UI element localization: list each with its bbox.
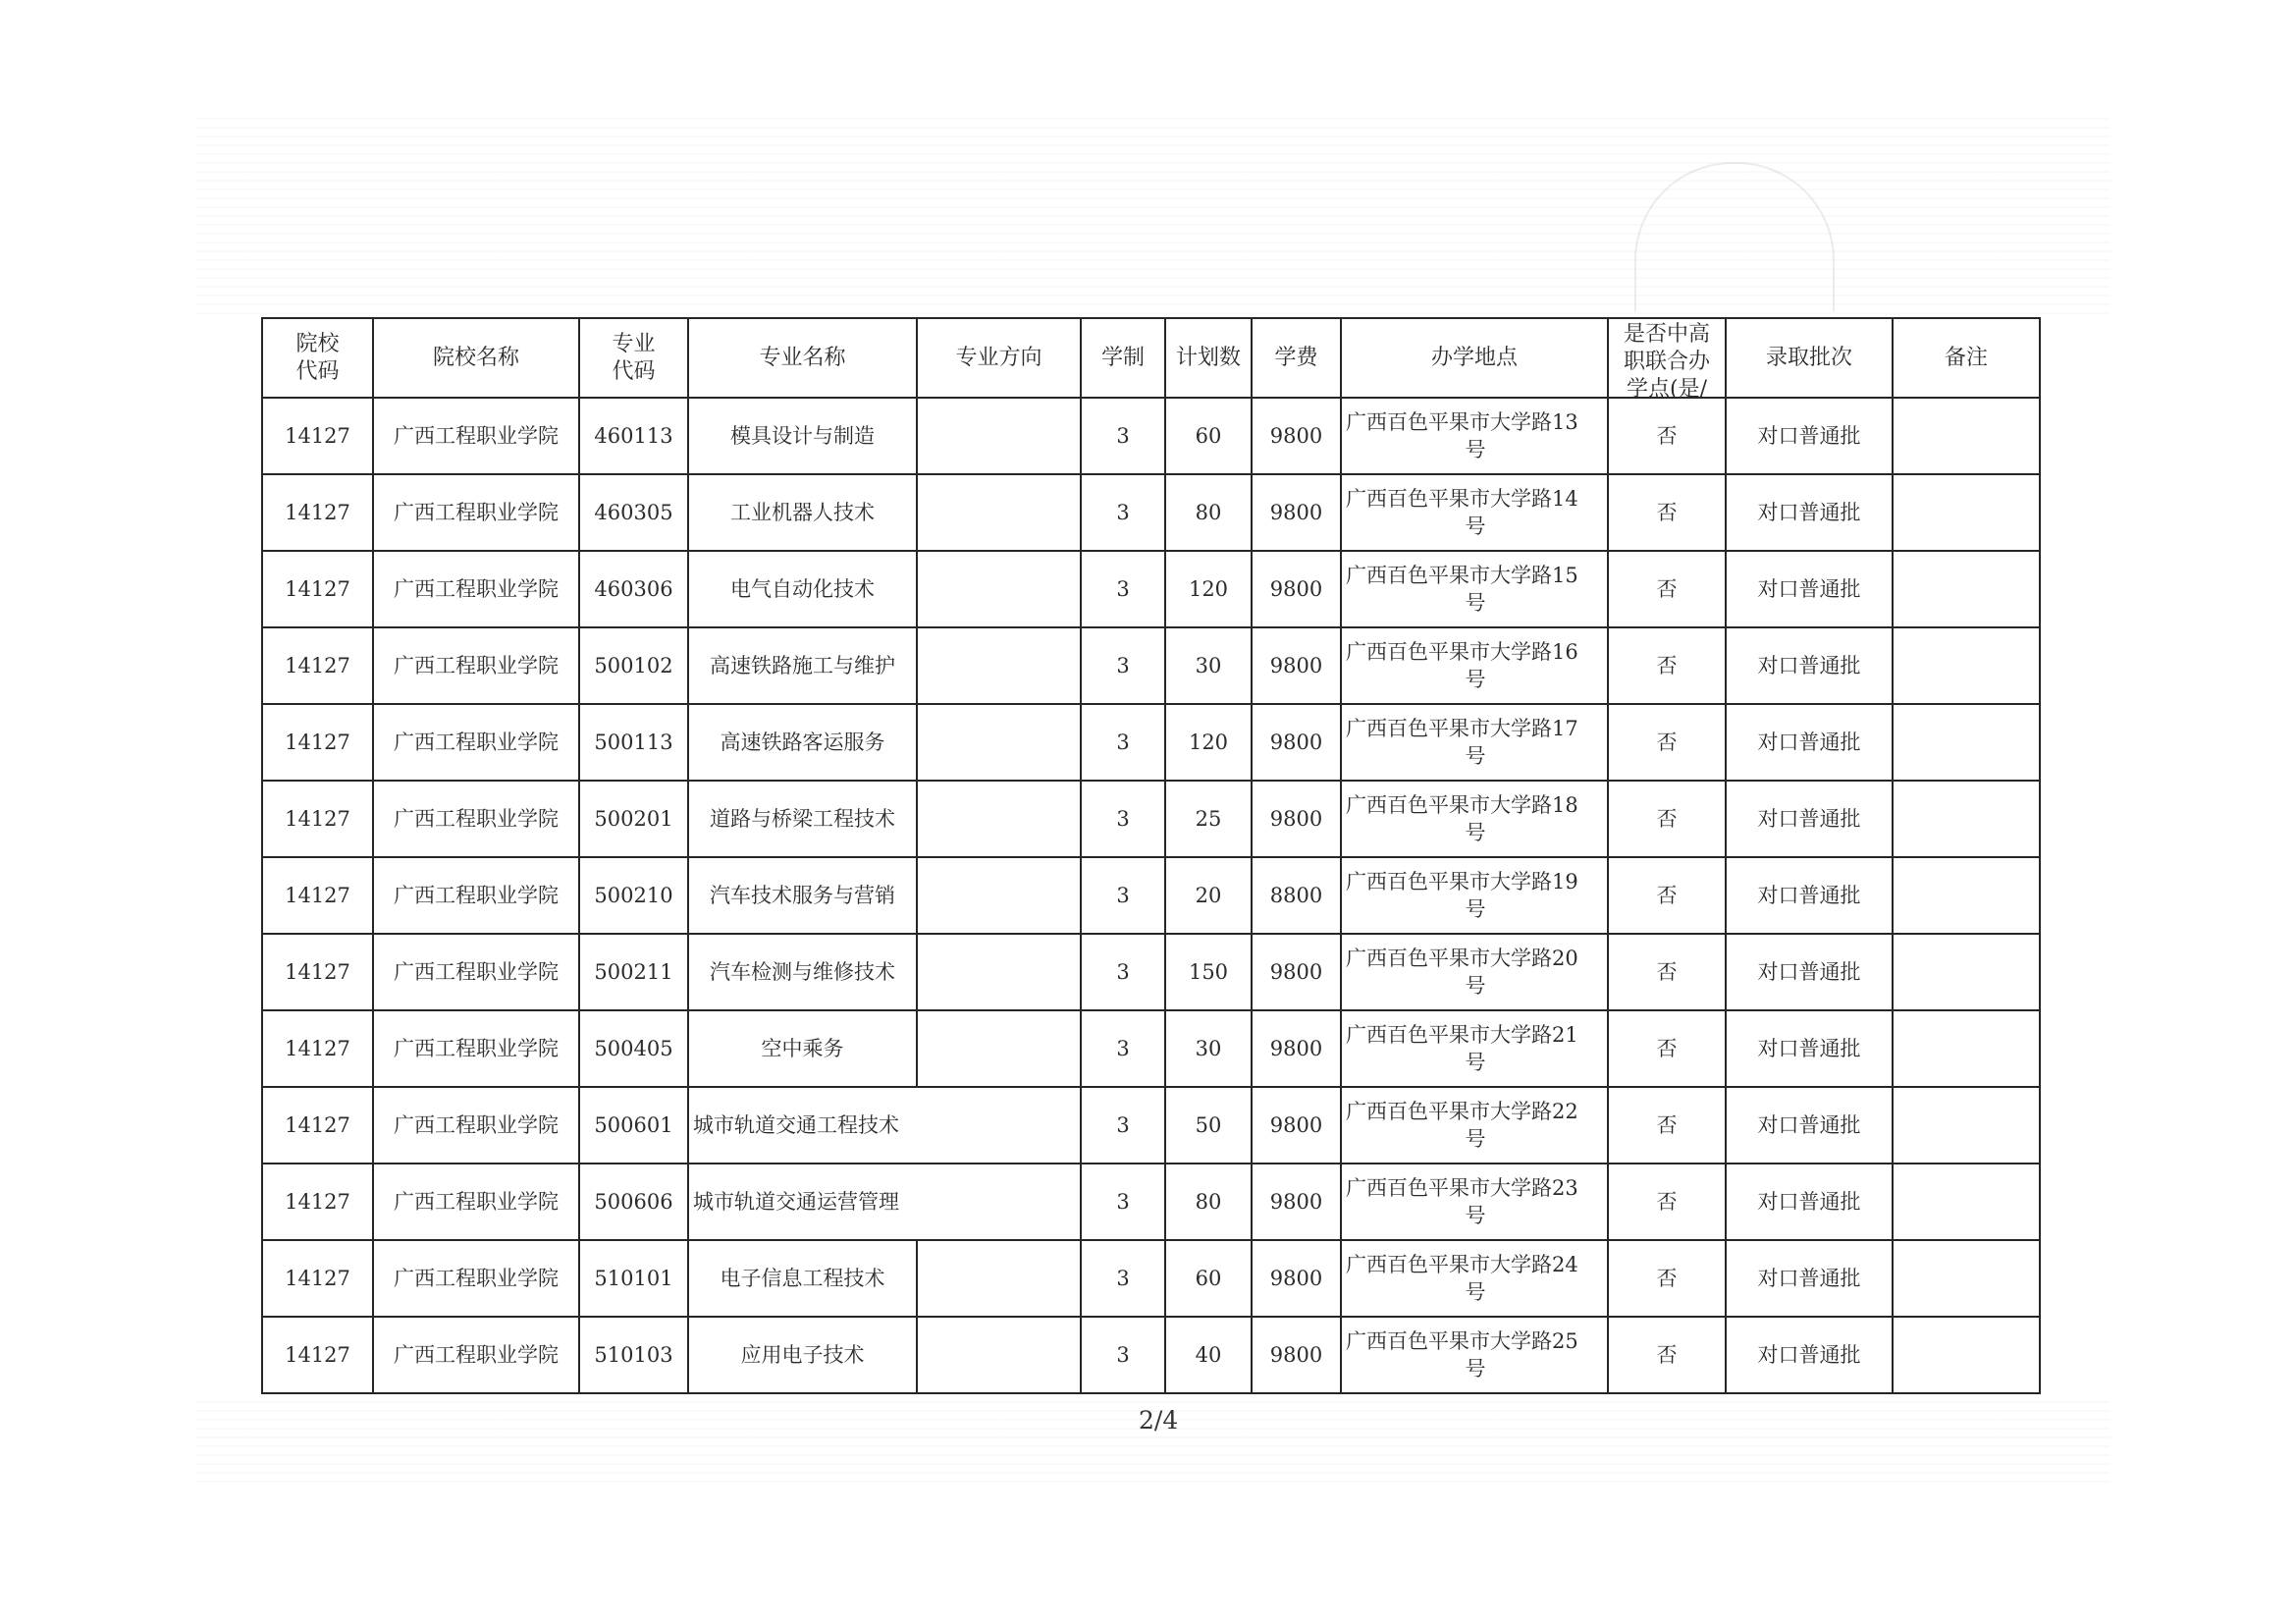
duration-cell: 3 bbox=[1081, 1087, 1165, 1164]
location-line-1: 广西百色平果市大学路17 bbox=[1346, 717, 1578, 740]
school-code-cell: 14127 bbox=[262, 934, 373, 1010]
school-code-cell: 14127 bbox=[262, 1317, 373, 1393]
header-duration: 学制 bbox=[1081, 318, 1165, 398]
major-name-cell: 工业机器人技术 bbox=[688, 474, 917, 551]
remarks-cell bbox=[1893, 627, 2040, 704]
location-line-1: 广西百色平果市大学路22 bbox=[1346, 1100, 1578, 1123]
location-line-2: 号 bbox=[1346, 972, 1605, 1000]
tuition-cell: 9800 bbox=[1252, 551, 1341, 627]
school-name-cell: 广西工程职业学院 bbox=[373, 857, 579, 934]
joint-program-cell: 否 bbox=[1608, 627, 1726, 704]
plan-count-cell: 50 bbox=[1165, 1087, 1252, 1164]
major-direction-cell bbox=[917, 474, 1081, 551]
location-line-2: 号 bbox=[1346, 589, 1605, 617]
tuition-cell: 9800 bbox=[1252, 474, 1341, 551]
location-line-2: 号 bbox=[1346, 1202, 1605, 1229]
admission-batch-cell: 对口普通批 bbox=[1726, 1010, 1893, 1087]
major-direction-cell bbox=[917, 1317, 1081, 1393]
location-line-1: 广西百色平果市大学路18 bbox=[1346, 793, 1578, 817]
location-cell: 广西百色平果市大学路16号 bbox=[1341, 627, 1608, 704]
joint-program-cell: 否 bbox=[1608, 398, 1726, 474]
remarks-cell bbox=[1893, 704, 2040, 781]
major-name-cell: 汽车检测与维修技术 bbox=[688, 934, 917, 1010]
tuition-cell: 9800 bbox=[1252, 627, 1341, 704]
header-location: 办学地点 bbox=[1341, 318, 1608, 398]
location-cell: 广西百色平果市大学路18号 bbox=[1341, 781, 1608, 857]
tuition-cell: 9800 bbox=[1252, 398, 1341, 474]
enrollment-plan-table: 院校代码 院校名称 专业代码 专业名称 专业方向 学制 计划数 学费 办学地点 … bbox=[261, 317, 2041, 1394]
major-code-cell: 500606 bbox=[579, 1164, 688, 1240]
school-code-cell: 14127 bbox=[262, 1087, 373, 1164]
table-row: 14127广西工程职业学院500102高速铁路施工与维护3309800广西百色平… bbox=[262, 627, 2040, 704]
admission-batch-cell: 对口普通批 bbox=[1726, 1164, 1893, 1240]
table-row: 14127广西工程职业学院460305工业机器人技术3809800广西百色平果市… bbox=[262, 474, 2040, 551]
location-cell: 广西百色平果市大学路13号 bbox=[1341, 398, 1608, 474]
remarks-cell bbox=[1893, 1010, 2040, 1087]
header-tuition: 学费 bbox=[1252, 318, 1341, 398]
table-row: 14127广西工程职业学院500606城市轨道交通运营管理3809800广西百色… bbox=[262, 1164, 2040, 1240]
school-code-cell: 14127 bbox=[262, 704, 373, 781]
header-major-name: 专业名称 bbox=[688, 318, 917, 398]
location-line-1: 广西百色平果市大学路13 bbox=[1346, 410, 1578, 434]
major-code-cell: 460113 bbox=[579, 398, 688, 474]
table-row: 14127广西工程职业学院510103应用电子技术3409800广西百色平果市大… bbox=[262, 1317, 2040, 1393]
location-cell: 广西百色平果市大学路23号 bbox=[1341, 1164, 1608, 1240]
location-line-2: 号 bbox=[1346, 1049, 1605, 1076]
duration-cell: 3 bbox=[1081, 474, 1165, 551]
school-code-cell: 14127 bbox=[262, 781, 373, 857]
joint-program-cell: 否 bbox=[1608, 474, 1726, 551]
major-name-cell: 高速铁路客运服务 bbox=[688, 704, 917, 781]
major-code-cell: 500102 bbox=[579, 627, 688, 704]
joint-program-cell: 否 bbox=[1608, 1087, 1726, 1164]
location-cell: 广西百色平果市大学路22号 bbox=[1341, 1087, 1608, 1164]
admission-batch-cell: 对口普通批 bbox=[1726, 474, 1893, 551]
location-line-1: 广西百色平果市大学路15 bbox=[1346, 564, 1578, 587]
table-header-row: 院校代码 院校名称 专业代码 专业名称 专业方向 学制 计划数 学费 办学地点 … bbox=[262, 318, 2040, 398]
tuition-cell: 8800 bbox=[1252, 857, 1341, 934]
location-cell: 广西百色平果市大学路15号 bbox=[1341, 551, 1608, 627]
major-code-cell: 500201 bbox=[579, 781, 688, 857]
duration-cell: 3 bbox=[1081, 704, 1165, 781]
location-line-1: 广西百色平果市大学路19 bbox=[1346, 870, 1578, 893]
major-direction-cell bbox=[917, 781, 1081, 857]
school-code-cell: 14127 bbox=[262, 857, 373, 934]
duration-cell: 3 bbox=[1081, 857, 1165, 934]
location-cell: 广西百色平果市大学路25号 bbox=[1341, 1317, 1608, 1393]
header-school-name: 院校名称 bbox=[373, 318, 579, 398]
tuition-cell: 9800 bbox=[1252, 934, 1341, 1010]
major-direction-cell bbox=[917, 551, 1081, 627]
major-direction-cell bbox=[917, 1240, 1081, 1317]
table-row: 14127广西工程职业学院500405空中乘务3309800广西百色平果市大学路… bbox=[262, 1010, 2040, 1087]
duration-cell: 3 bbox=[1081, 551, 1165, 627]
joint-program-cell: 否 bbox=[1608, 781, 1726, 857]
major-code-cell: 500210 bbox=[579, 857, 688, 934]
major-code-cell: 510103 bbox=[579, 1317, 688, 1393]
admission-batch-cell: 对口普通批 bbox=[1726, 781, 1893, 857]
major-direction-cell bbox=[917, 398, 1081, 474]
major-name-cell: 道路与桥梁工程技术 bbox=[688, 781, 917, 857]
major-code-cell: 460306 bbox=[579, 551, 688, 627]
remarks-cell bbox=[1893, 398, 2040, 474]
header-joint-program: 是否中高职联合办学点(是/ bbox=[1608, 318, 1726, 398]
major-direction-cell bbox=[917, 704, 1081, 781]
duration-cell: 3 bbox=[1081, 398, 1165, 474]
major-name-cell: 模具设计与制造 bbox=[688, 398, 917, 474]
admission-batch-cell: 对口普通批 bbox=[1726, 934, 1893, 1010]
remarks-cell bbox=[1893, 474, 2040, 551]
location-line-2: 号 bbox=[1346, 436, 1605, 463]
tuition-cell: 9800 bbox=[1252, 1164, 1341, 1240]
school-code-cell: 14127 bbox=[262, 474, 373, 551]
major-name-cell: 电气自动化技术 bbox=[688, 551, 917, 627]
admission-batch-cell: 对口普通批 bbox=[1726, 627, 1893, 704]
major-name-cell: 高速铁路施工与维护 bbox=[688, 627, 917, 704]
location-line-2: 号 bbox=[1346, 1278, 1605, 1306]
major-code-cell: 500405 bbox=[579, 1010, 688, 1087]
admission-batch-cell: 对口普通批 bbox=[1726, 551, 1893, 627]
major-name-cell: 应用电子技术 bbox=[688, 1317, 917, 1393]
location-cell: 广西百色平果市大学路20号 bbox=[1341, 934, 1608, 1010]
header-school-code: 院校代码 bbox=[262, 318, 373, 398]
admission-batch-cell: 对口普通批 bbox=[1726, 1240, 1893, 1317]
admission-batch-cell: 对口普通批 bbox=[1726, 857, 1893, 934]
school-name-cell: 广西工程职业学院 bbox=[373, 1010, 579, 1087]
school-name-cell: 广西工程职业学院 bbox=[373, 934, 579, 1010]
school-name-cell: 广西工程职业学院 bbox=[373, 1240, 579, 1317]
location-line-2: 号 bbox=[1346, 666, 1605, 693]
location-line-1: 广西百色平果市大学路23 bbox=[1346, 1176, 1578, 1200]
plan-count-cell: 20 bbox=[1165, 857, 1252, 934]
major-name-cell: 汽车技术服务与营销 bbox=[688, 857, 917, 934]
joint-program-cell: 否 bbox=[1608, 551, 1726, 627]
joint-program-cell: 否 bbox=[1608, 857, 1726, 934]
duration-cell: 3 bbox=[1081, 1240, 1165, 1317]
major-direction-cell bbox=[917, 934, 1081, 1010]
duration-cell: 3 bbox=[1081, 627, 1165, 704]
remarks-cell bbox=[1893, 781, 2040, 857]
school-name-cell: 广西工程职业学院 bbox=[373, 398, 579, 474]
location-line-1: 广西百色平果市大学路25 bbox=[1346, 1329, 1578, 1353]
location-cell: 广西百色平果市大学路17号 bbox=[1341, 704, 1608, 781]
location-cell: 广西百色平果市大学路14号 bbox=[1341, 474, 1608, 551]
location-line-1: 广西百色平果市大学路24 bbox=[1346, 1253, 1578, 1276]
table-row: 14127广西工程职业学院510101电子信息工程技术3609800广西百色平果… bbox=[262, 1240, 2040, 1317]
duration-cell: 3 bbox=[1081, 781, 1165, 857]
joint-program-cell: 否 bbox=[1608, 934, 1726, 1010]
school-name-cell: 广西工程职业学院 bbox=[373, 551, 579, 627]
remarks-cell bbox=[1893, 1317, 2040, 1393]
admission-batch-cell: 对口普通批 bbox=[1726, 398, 1893, 474]
table-row: 14127广西工程职业学院500211汽车检测与维修技术31509800广西百色… bbox=[262, 934, 2040, 1010]
major-code-cell: 500211 bbox=[579, 934, 688, 1010]
location-line-1: 广西百色平果市大学路20 bbox=[1346, 947, 1578, 970]
location-line-2: 号 bbox=[1346, 742, 1605, 770]
duration-cell: 3 bbox=[1081, 1317, 1165, 1393]
location-line-2: 号 bbox=[1346, 513, 1605, 540]
school-code-cell: 14127 bbox=[262, 398, 373, 474]
table-row: 14127广西工程职业学院500113高速铁路客运服务31209800广西百色平… bbox=[262, 704, 2040, 781]
major-direction-cell bbox=[917, 627, 1081, 704]
table-row: 14127广西工程职业学院500601城市轨道交通工程技术3509800广西百色… bbox=[262, 1087, 2040, 1164]
tuition-cell: 9800 bbox=[1252, 1317, 1341, 1393]
location-line-1: 广西百色平果市大学路16 bbox=[1346, 640, 1578, 664]
table-row: 14127广西工程职业学院460306电气自动化技术31209800广西百色平果… bbox=[262, 551, 2040, 627]
plan-count-cell: 120 bbox=[1165, 551, 1252, 627]
plan-count-cell: 80 bbox=[1165, 1164, 1252, 1240]
major-name-cell: 电子信息工程技术 bbox=[688, 1240, 917, 1317]
tuition-cell: 9800 bbox=[1252, 1087, 1341, 1164]
plan-count-cell: 30 bbox=[1165, 1010, 1252, 1087]
duration-cell: 3 bbox=[1081, 1010, 1165, 1087]
table-row: 14127广西工程职业学院500201道路与桥梁工程技术3259800广西百色平… bbox=[262, 781, 2040, 857]
plan-count-cell: 120 bbox=[1165, 704, 1252, 781]
location-line-2: 号 bbox=[1346, 819, 1605, 846]
school-code-cell: 14127 bbox=[262, 627, 373, 704]
plan-count-cell: 80 bbox=[1165, 474, 1252, 551]
location-line-1: 广西百色平果市大学路21 bbox=[1346, 1023, 1578, 1047]
plan-count-cell: 60 bbox=[1165, 1240, 1252, 1317]
major-name-cell: 空中乘务 bbox=[688, 1010, 917, 1087]
school-name-cell: 广西工程职业学院 bbox=[373, 781, 579, 857]
school-name-cell: 广西工程职业学院 bbox=[373, 1164, 579, 1240]
major-name-cell: 城市轨道交通运营管理 bbox=[688, 1164, 1081, 1240]
joint-program-cell: 否 bbox=[1608, 1164, 1726, 1240]
location-cell: 广西百色平果市大学路19号 bbox=[1341, 857, 1608, 934]
major-code-cell: 500113 bbox=[579, 704, 688, 781]
duration-cell: 3 bbox=[1081, 934, 1165, 1010]
major-code-cell: 500601 bbox=[579, 1087, 688, 1164]
plan-count-cell: 150 bbox=[1165, 934, 1252, 1010]
tuition-cell: 9800 bbox=[1252, 1010, 1341, 1087]
header-major-direction: 专业方向 bbox=[917, 318, 1081, 398]
school-name-cell: 广西工程职业学院 bbox=[373, 1087, 579, 1164]
tuition-cell: 9800 bbox=[1252, 1240, 1341, 1317]
joint-program-cell: 否 bbox=[1608, 1317, 1726, 1393]
remarks-cell bbox=[1893, 857, 2040, 934]
plan-count-cell: 25 bbox=[1165, 781, 1252, 857]
joint-program-cell: 否 bbox=[1608, 1240, 1726, 1317]
admission-batch-cell: 对口普通批 bbox=[1726, 1317, 1893, 1393]
remarks-cell bbox=[1893, 1164, 2040, 1240]
admission-batch-cell: 对口普通批 bbox=[1726, 1087, 1893, 1164]
location-line-1: 广西百色平果市大学路14 bbox=[1346, 487, 1578, 511]
joint-program-cell: 否 bbox=[1608, 1010, 1726, 1087]
school-name-cell: 广西工程职业学院 bbox=[373, 474, 579, 551]
major-code-cell: 460305 bbox=[579, 474, 688, 551]
school-code-cell: 14127 bbox=[262, 551, 373, 627]
tuition-cell: 9800 bbox=[1252, 781, 1341, 857]
table-row: 14127广西工程职业学院500210汽车技术服务与营销3208800广西百色平… bbox=[262, 857, 2040, 934]
school-code-cell: 14127 bbox=[262, 1240, 373, 1317]
location-line-2: 号 bbox=[1346, 1355, 1605, 1382]
location-cell: 广西百色平果市大学路21号 bbox=[1341, 1010, 1608, 1087]
duration-cell: 3 bbox=[1081, 1164, 1165, 1240]
school-code-cell: 14127 bbox=[262, 1010, 373, 1087]
location-cell: 广西百色平果市大学路24号 bbox=[1341, 1240, 1608, 1317]
admission-batch-cell: 对口普通批 bbox=[1726, 704, 1893, 781]
table-row: 14127广西工程职业学院460113模具设计与制造3609800广西百色平果市… bbox=[262, 398, 2040, 474]
major-direction-cell bbox=[917, 1010, 1081, 1087]
school-name-cell: 广西工程职业学院 bbox=[373, 1317, 579, 1393]
school-name-cell: 广西工程职业学院 bbox=[373, 627, 579, 704]
tuition-cell: 9800 bbox=[1252, 704, 1341, 781]
header-major-code: 专业代码 bbox=[579, 318, 688, 398]
plan-count-cell: 40 bbox=[1165, 1317, 1252, 1393]
header-plan-count: 计划数 bbox=[1165, 318, 1252, 398]
school-name-cell: 广西工程职业学院 bbox=[373, 704, 579, 781]
location-line-2: 号 bbox=[1346, 1125, 1605, 1153]
header-remarks: 备注 bbox=[1893, 318, 2040, 398]
header-admission-batch: 录取批次 bbox=[1726, 318, 1893, 398]
remarks-cell bbox=[1893, 551, 2040, 627]
plan-count-cell: 60 bbox=[1165, 398, 1252, 474]
page-number: 2/4 bbox=[1139, 1406, 1178, 1435]
joint-program-cell: 否 bbox=[1608, 704, 1726, 781]
major-direction-cell bbox=[917, 857, 1081, 934]
remarks-cell bbox=[1893, 1240, 2040, 1317]
remarks-cell bbox=[1893, 934, 2040, 1010]
plan-count-cell: 30 bbox=[1165, 627, 1252, 704]
major-code-cell: 510101 bbox=[579, 1240, 688, 1317]
remarks-cell bbox=[1893, 1087, 2040, 1164]
location-line-2: 号 bbox=[1346, 895, 1605, 923]
school-code-cell: 14127 bbox=[262, 1164, 373, 1240]
major-name-cell: 城市轨道交通工程技术 bbox=[688, 1087, 1081, 1164]
